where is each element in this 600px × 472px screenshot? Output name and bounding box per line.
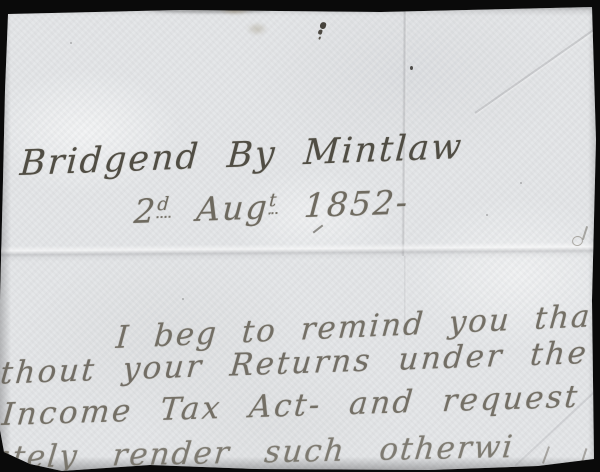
- date-day-suffix: d: [156, 194, 171, 219]
- top-rim-smudge: [150, 7, 270, 13]
- date-gap: [170, 221, 196, 222]
- scan-background: Bridgend By Mintlaw 2dAugt1852- I beg to…: [0, 0, 600, 472]
- date-month-suffix: t: [268, 190, 279, 214]
- date-gap: [277, 217, 303, 218]
- date-month: Aug: [195, 187, 270, 229]
- date-year: 1852-: [303, 182, 411, 225]
- top-rim-smudge: [315, 5, 405, 11]
- letter-paper: Bridgend By Mintlaw 2dAugt1852- I beg to…: [0, 0, 600, 472]
- date-day: 2: [133, 191, 159, 231]
